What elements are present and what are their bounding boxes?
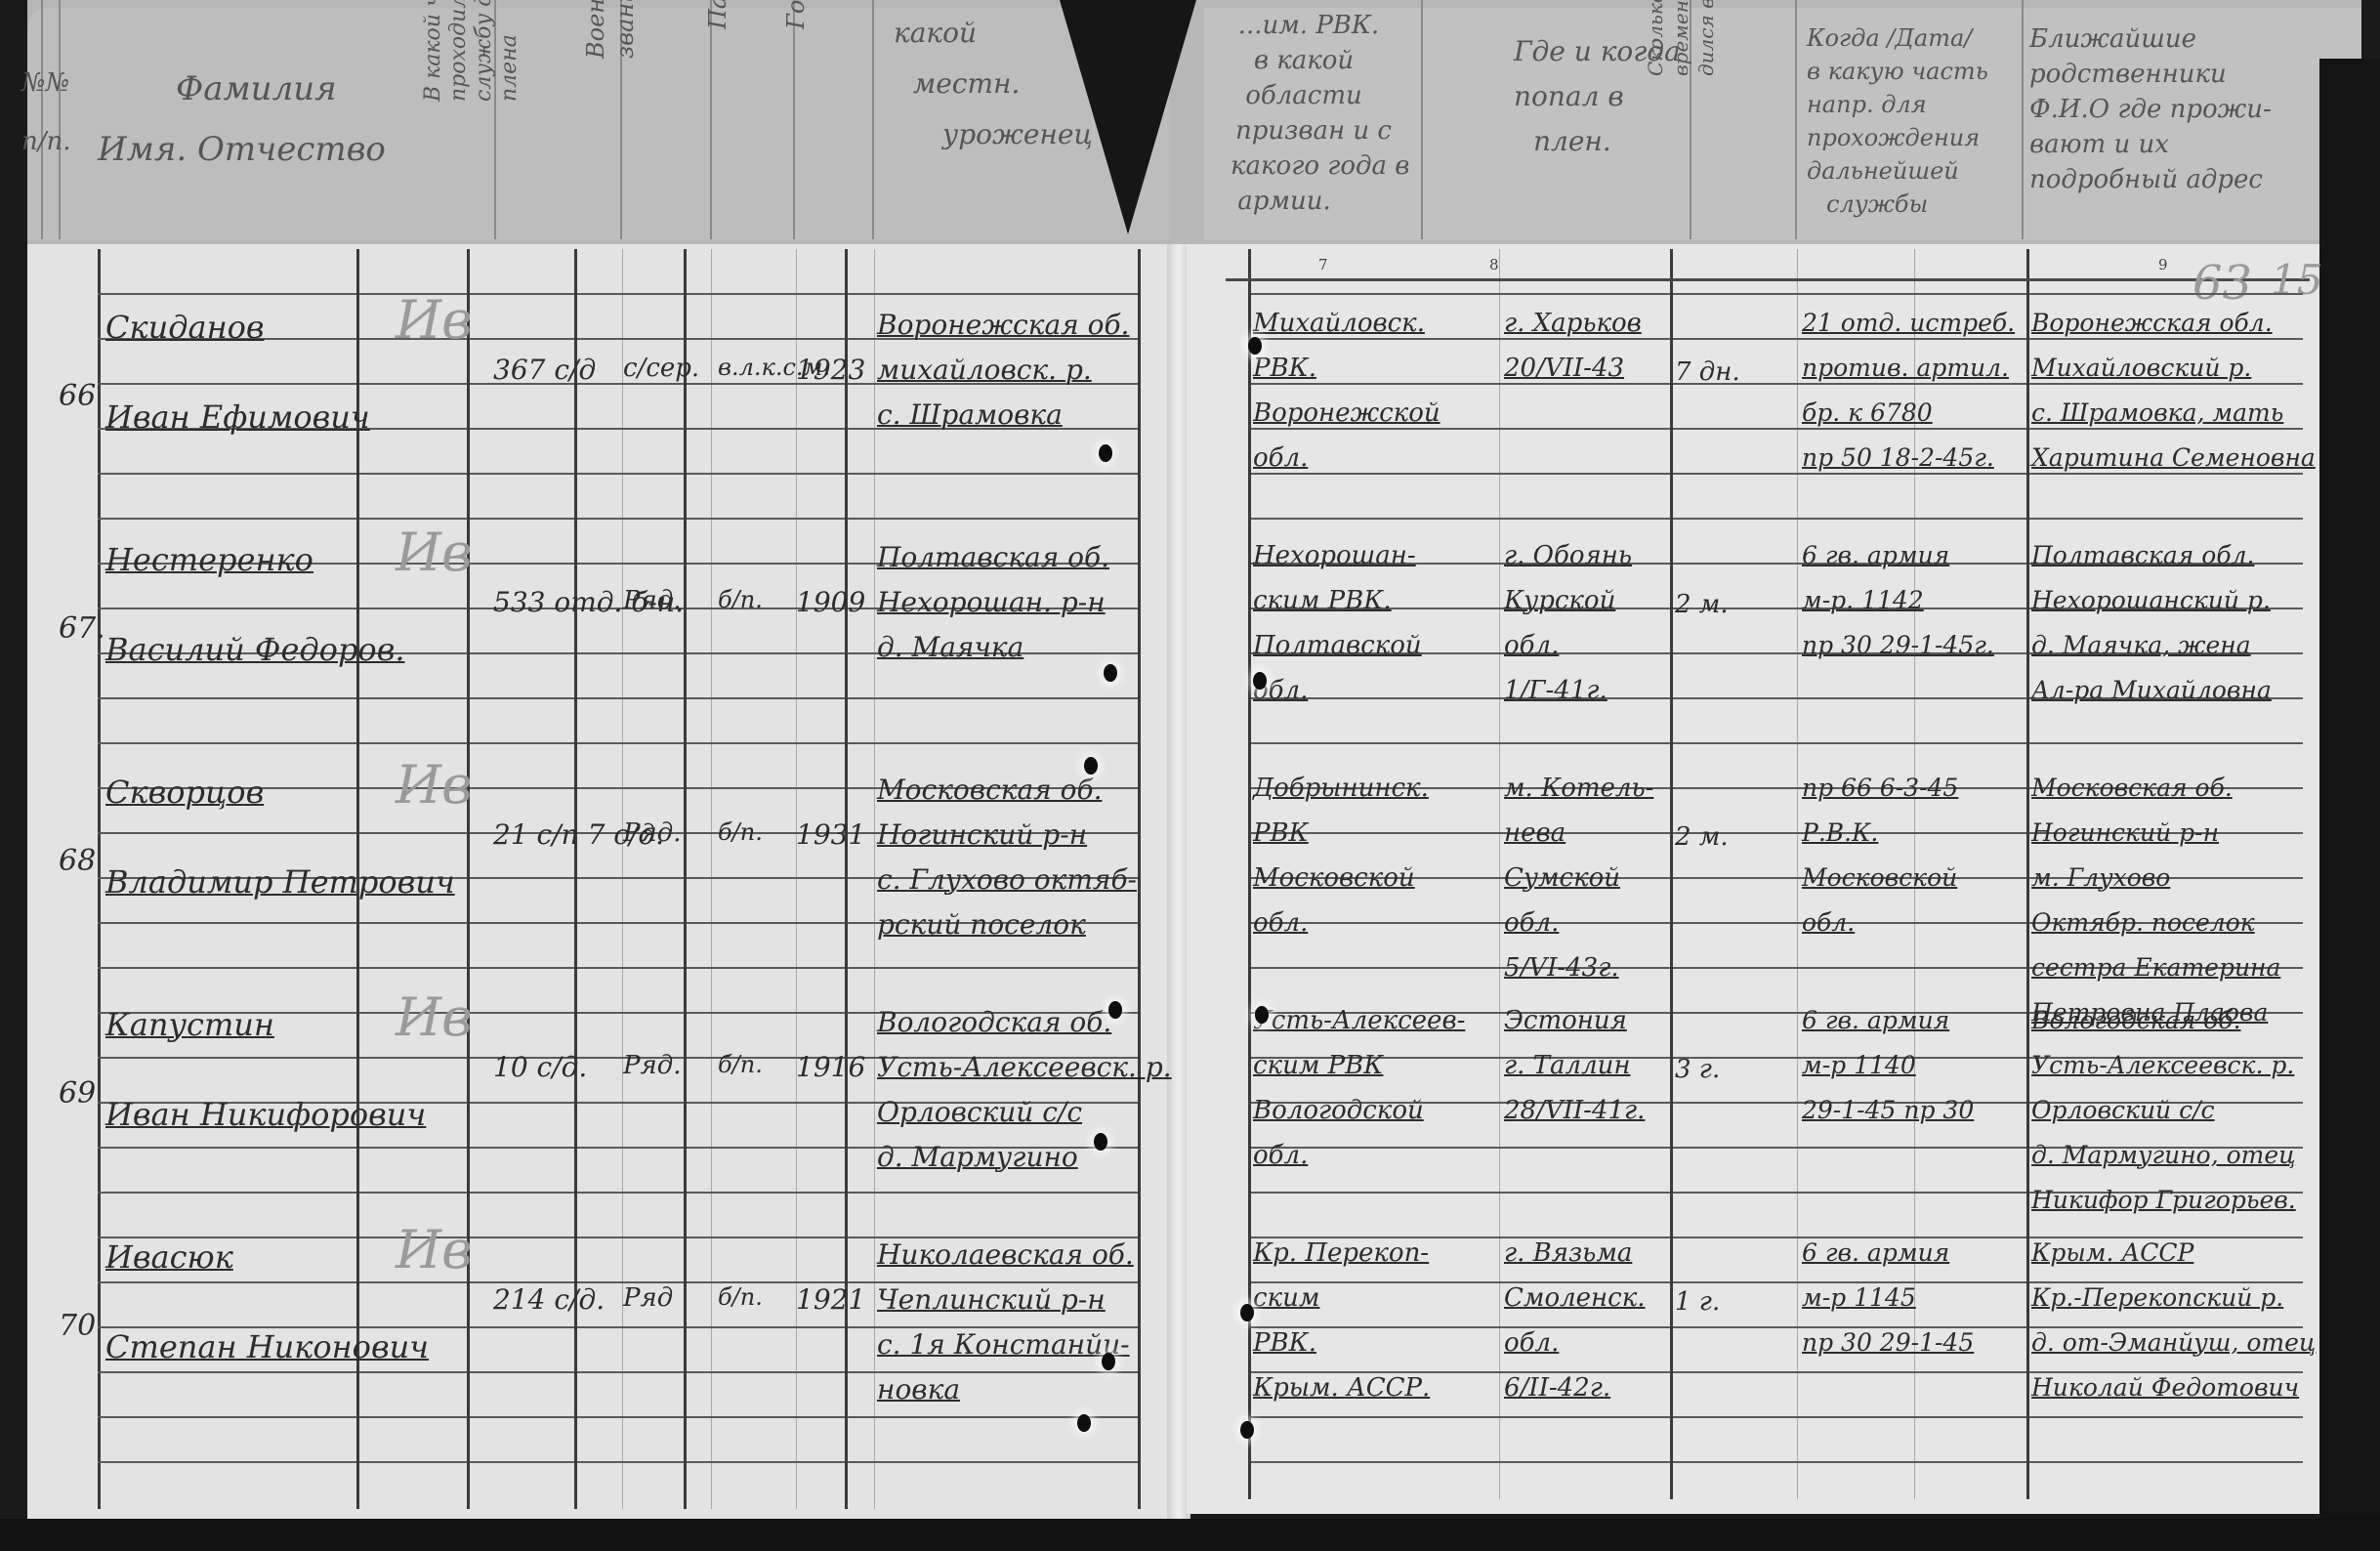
birth-year: 1921 xyxy=(796,1283,865,1316)
birth-year: 1923 xyxy=(796,354,865,386)
captured-where-when-line: Курской xyxy=(1504,586,1615,615)
ruled-line xyxy=(848,1461,1138,1463)
ruled-line xyxy=(577,1461,684,1463)
relatives-line: Харитина Семеновна xyxy=(2031,443,2316,472)
ruled-line xyxy=(359,697,467,699)
drafted-by-line: обл. xyxy=(1253,443,1308,473)
ruled-line xyxy=(1673,742,2026,744)
captured-where-when-line: 28/VII-41г. xyxy=(1504,1096,1645,1125)
ruled-line xyxy=(2029,518,2303,520)
military-rank: Ряд. xyxy=(623,586,681,615)
ruled-line xyxy=(687,787,845,789)
unit: 214 с/д. xyxy=(493,1283,605,1316)
ruled-line xyxy=(1673,697,2026,699)
ruled-line xyxy=(98,1416,356,1418)
ruled-line xyxy=(577,1102,684,1104)
ruled-line xyxy=(98,383,356,385)
ruled-line xyxy=(98,1461,356,1463)
ruled-line xyxy=(98,473,356,475)
punch-hole xyxy=(1108,1001,1122,1019)
ruled-line xyxy=(1673,473,2026,475)
assigned-unit-line: обл. xyxy=(1802,908,1855,937)
ruled-line xyxy=(470,563,574,565)
ruled-line xyxy=(359,1371,467,1373)
ruled-line xyxy=(98,697,356,699)
drafted-by-line: Воронежской xyxy=(1253,398,1441,428)
captured-where-when-line: 1/Г-41г. xyxy=(1504,676,1608,705)
pencil-mark-15: 15 xyxy=(2271,256,2322,304)
ruled-line xyxy=(577,877,684,879)
ruled-line xyxy=(687,697,845,699)
column-number-9: 9 xyxy=(2158,256,2168,273)
row-number: 66 xyxy=(59,379,96,413)
birthplace-line: рский поселок xyxy=(877,908,1086,941)
captivity-duration: 3 г. xyxy=(1675,1055,1720,1084)
ruled-line xyxy=(687,1461,845,1463)
ruled-line xyxy=(687,518,845,520)
relatives-line: м. Глухово xyxy=(2031,863,2170,892)
ruled-line xyxy=(1673,1461,2026,1463)
birthplace-line: Полтавская об. xyxy=(877,541,1109,573)
ruled-line xyxy=(577,922,684,924)
header-divider xyxy=(710,0,712,239)
birthplace-line: Орловский с/с xyxy=(877,1096,1082,1128)
birthplace-line: Воронежская об. xyxy=(877,309,1129,341)
captured-where-when-line: Эстония xyxy=(1504,1006,1627,1035)
ruled-line xyxy=(2029,742,2303,744)
assigned-unit-line: пр 30 29-1-45г. xyxy=(1802,631,1994,659)
punch-hole xyxy=(1248,337,1262,355)
ruled-line xyxy=(470,338,574,340)
header-divider xyxy=(2022,0,2024,239)
ruled-line xyxy=(848,1416,1138,1418)
ruled-line xyxy=(359,1147,467,1149)
ruled-line xyxy=(1251,922,1670,924)
column-number-8: 8 xyxy=(1489,256,1499,273)
ruled-line xyxy=(359,922,467,924)
captivity-duration: 2 м. xyxy=(1675,822,1729,852)
ruled-line xyxy=(359,1057,467,1059)
ruled-line xyxy=(98,832,356,834)
punch-hole xyxy=(1240,1304,1254,1321)
ruled-line xyxy=(577,652,684,654)
captured-where-when-line: г. Обоянь xyxy=(1504,541,1632,570)
ruled-line xyxy=(98,608,356,609)
ruled-line xyxy=(98,1371,356,1373)
birthplace-line: с. Шрамовка xyxy=(877,398,1063,431)
drafted-by-line: ским РВК. xyxy=(1253,586,1392,615)
party-membership: б/п. xyxy=(718,1051,763,1078)
drafted-by-line: Добрынинск. xyxy=(1253,774,1429,803)
ruled-line xyxy=(577,1192,684,1194)
ruled-line xyxy=(2029,293,2303,295)
relatives-line: Воронежская обл. xyxy=(2031,309,2273,337)
relatives-line: сестра Екатерина xyxy=(2031,953,2280,982)
header-divider xyxy=(1421,0,1423,239)
punch-hole xyxy=(1077,1414,1091,1432)
punch-hole xyxy=(1253,672,1267,690)
captured-where-when-line: Смоленск. xyxy=(1504,1283,1646,1313)
pencil-check-mark: Ив xyxy=(396,1219,473,1280)
assigned-unit-line: 6 гв. армия xyxy=(1802,1238,1949,1267)
captured-where-when-line: г. Вязьма xyxy=(1504,1238,1632,1268)
header-divider xyxy=(1795,0,1797,239)
ruled-line xyxy=(359,742,467,744)
assigned-unit-line: Московской xyxy=(1802,863,1957,892)
ruled-line xyxy=(848,742,1138,744)
ruled-line xyxy=(470,1461,574,1463)
header-assigned: Когда /Дата/в какую частьнапр. дляпрохож… xyxy=(1807,21,1988,221)
ruled-line xyxy=(1251,383,1670,385)
column-rule xyxy=(2026,249,2029,1499)
ruled-line xyxy=(98,1281,356,1283)
military-rank: Ряд. xyxy=(623,1051,681,1080)
ruled-line xyxy=(577,742,684,744)
birthplace-line: с. 1я Констанйи- xyxy=(877,1328,1130,1361)
ruled-line xyxy=(1673,1192,2026,1194)
ruled-line xyxy=(98,293,356,295)
pencil-check-mark: Ив xyxy=(396,289,473,351)
ruled-line xyxy=(577,1012,684,1014)
column-rule-faint xyxy=(1797,249,1798,1499)
party-membership: б/п. xyxy=(718,818,763,846)
birth-year: 1916 xyxy=(796,1051,865,1083)
drafted-by-line: обл. xyxy=(1253,1141,1308,1170)
relatives-line: Николай Федотович xyxy=(2031,1373,2299,1402)
drafted-by-line: ским xyxy=(1253,1283,1319,1313)
ruled-line xyxy=(687,293,845,295)
drafted-by-line: Московской xyxy=(1253,863,1415,893)
relatives-line: Михайловский р. xyxy=(2031,354,2251,382)
relatives-line: Усть-Алексеевск. р. xyxy=(2031,1051,2294,1079)
ruled-line xyxy=(1673,428,2026,430)
pencil-mark-63: 63 xyxy=(2192,256,2252,311)
ruled-line xyxy=(470,967,574,969)
drafted-by-line: Михайловск. xyxy=(1253,309,1425,338)
row-number: 67. xyxy=(59,611,105,646)
assigned-unit-line: м-р 1145 xyxy=(1802,1283,1916,1312)
ruled-line xyxy=(1251,293,1670,295)
ruled-line xyxy=(359,518,467,520)
unit: 10 с/д. xyxy=(493,1051,587,1083)
drafted-by-line: РВК. xyxy=(1253,1328,1316,1358)
captured-where-when-line: нева xyxy=(1504,818,1566,848)
relatives-line: д. от-Эманйуш, отец xyxy=(2031,1328,2316,1357)
column-rule-faint xyxy=(1499,249,1500,1499)
ruled-line xyxy=(577,697,684,699)
captured-where-when-line: Сумской xyxy=(1504,863,1620,893)
ruled-line xyxy=(1251,518,1670,520)
column-rule xyxy=(845,249,848,1509)
relatives-line: Ал-ра Михайловна xyxy=(2031,676,2272,704)
captured-where-when-line: обл. xyxy=(1504,1328,1559,1358)
ruled-line xyxy=(470,697,574,699)
column-rule xyxy=(574,249,577,1509)
captured-where-when-line: г. Харьков xyxy=(1504,309,1642,338)
ruled-line xyxy=(1673,1416,2026,1418)
ruled-line xyxy=(470,1102,574,1104)
ruled-line xyxy=(687,1012,845,1014)
birthplace-line: новка xyxy=(877,1373,960,1405)
ruled-line xyxy=(687,563,845,565)
ruled-line xyxy=(1673,1147,2026,1149)
header-unit: В какой частипроходилслужбу доплена xyxy=(421,0,522,102)
ruled-line xyxy=(687,473,845,475)
ruled-line xyxy=(470,473,574,475)
ruled-line xyxy=(1673,967,2026,969)
ruled-line xyxy=(470,742,574,744)
row-number: 68 xyxy=(59,844,96,878)
header-name: ФамилияИмя. Отчество xyxy=(98,59,386,180)
ruled-line xyxy=(577,1237,684,1238)
drafted-by-line: Крым. АССР. xyxy=(1253,1373,1430,1403)
ruled-line xyxy=(687,877,845,879)
ruled-line xyxy=(687,428,845,430)
ruled-line xyxy=(848,697,1138,699)
ruled-line xyxy=(687,967,845,969)
relatives-line: Крым. АССР xyxy=(2031,1238,2193,1267)
relatives-line: Октябр. поселок xyxy=(2031,908,2255,937)
ruled-line xyxy=(687,1192,845,1194)
header-relatives: БлижайшиеродственникиФ.И.О где прожи-ваю… xyxy=(2029,21,2272,197)
birthplace-line: Нехорошан. р-н xyxy=(877,586,1106,618)
ruled-line xyxy=(687,1102,845,1104)
header-drafted: ...им. РВК.в какойобластипризван и скако… xyxy=(1074,8,1406,219)
birthplace-line: михайловск. р. xyxy=(877,354,1092,386)
ruled-line xyxy=(470,877,574,879)
captured-where-when-line: 6/II-42г. xyxy=(1504,1373,1610,1403)
ruled-line xyxy=(1251,832,1670,834)
ruled-line xyxy=(1251,473,1670,475)
relatives-line: Полтавская обл. xyxy=(2031,541,2254,569)
ruled-line xyxy=(359,383,467,385)
ruled-line xyxy=(577,1326,684,1328)
given-name-patronymic: Степан Никонович xyxy=(105,1328,429,1365)
surname: Капустин xyxy=(105,1006,274,1043)
drafted-by-line: обл. xyxy=(1253,908,1308,938)
ruled-line xyxy=(470,428,574,430)
surname: Нестеренко xyxy=(105,541,313,578)
ruled-line xyxy=(848,473,1138,475)
column-rule xyxy=(1138,249,1141,1509)
captivity-duration: 7 дн. xyxy=(1675,357,1740,387)
drafted-by-line: Вологодской xyxy=(1253,1096,1424,1125)
captured-where-when-line: обл. xyxy=(1504,631,1559,660)
ruled-line xyxy=(1673,1371,2026,1373)
birthplace-line: д. Мармугино xyxy=(877,1141,1078,1173)
punch-hole xyxy=(1104,664,1117,682)
ruled-line xyxy=(98,1192,356,1194)
ruled-line xyxy=(1673,293,2026,295)
row-number: 69 xyxy=(59,1076,96,1111)
ruled-line xyxy=(1251,742,1670,744)
ruled-line xyxy=(687,1147,845,1149)
ruled-line xyxy=(359,1461,467,1463)
column-rule-faint xyxy=(796,249,797,1509)
ruled-line xyxy=(577,563,684,565)
assigned-unit-line: 6 гв. армия xyxy=(1802,1006,1949,1034)
party-membership: б/п. xyxy=(718,1283,763,1311)
assigned-unit-line: против. артил. xyxy=(1802,354,2009,382)
captivity-duration: 1 г. xyxy=(1675,1287,1720,1317)
column-number-7: 7 xyxy=(1318,256,1328,273)
ruled-line xyxy=(2029,473,2303,475)
drafted-by-line: Полтавской xyxy=(1253,631,1422,660)
given-name-patronymic: Владимир Петрович xyxy=(105,863,455,901)
relatives-line: д. Маячка, жена xyxy=(2031,631,2251,659)
scan-border-bottom xyxy=(0,1519,2380,1551)
ruled-line xyxy=(470,1371,574,1373)
birth-year: 1931 xyxy=(796,818,865,851)
given-name-patronymic: Иван Никифорович xyxy=(105,1096,426,1133)
given-name-patronymic: Иван Ефимович xyxy=(105,398,370,436)
relatives-line: Никифор Григорьев. xyxy=(2031,1186,2296,1214)
header-party: Партийн. xyxy=(703,0,732,29)
pencil-check-mark: Ив xyxy=(396,754,473,816)
drafted-by-line: Нехорошан- xyxy=(1253,541,1416,570)
ruled-line xyxy=(687,1326,845,1328)
ruled-line xyxy=(98,1147,356,1149)
ruled-line xyxy=(687,1237,845,1238)
ruled-line xyxy=(848,1192,1138,1194)
ruled-line xyxy=(470,1147,574,1149)
ruled-line xyxy=(848,293,1138,295)
ruled-line xyxy=(98,518,356,520)
ruled-line xyxy=(470,787,574,789)
ruled-line xyxy=(687,742,845,744)
ruled-line xyxy=(577,787,684,789)
ruled-line xyxy=(359,1192,467,1194)
assigned-unit-line: 6 гв. армия xyxy=(1802,541,1949,569)
pencil-check-mark: Ив xyxy=(396,986,473,1048)
surname: Ивасюк xyxy=(105,1238,233,1276)
ruled-line xyxy=(1673,338,2026,340)
assigned-unit-line: пр 30 29-1-45 xyxy=(1802,1328,1974,1357)
ruled-line xyxy=(470,1237,574,1238)
ruled-line xyxy=(470,1012,574,1014)
relatives-line: д. Мармугино, отец xyxy=(2031,1141,2296,1169)
ruled-line xyxy=(359,967,467,969)
header-rank: Военноезвание. xyxy=(581,0,640,59)
ruled-line xyxy=(848,518,1138,520)
captured-where-when-line: 20/VII-43 xyxy=(1504,354,1624,383)
ruled-line xyxy=(359,832,467,834)
row-number: 70 xyxy=(59,1309,96,1343)
column-number-rule xyxy=(1226,278,2310,281)
birthplace-line: Ногинский р-н xyxy=(877,818,1087,851)
ruled-line xyxy=(577,293,684,295)
drafted-by-line: Кр. Перекоп- xyxy=(1253,1238,1429,1268)
punch-hole xyxy=(1255,1006,1269,1024)
assigned-unit-line: 29-1-45 пр 30 xyxy=(1802,1096,1974,1124)
ruled-line xyxy=(1251,1416,1670,1418)
ruled-line xyxy=(470,293,574,295)
military-rank: с/сер. xyxy=(623,354,699,383)
ruled-line xyxy=(687,652,845,654)
punch-hole xyxy=(1099,444,1112,462)
drafted-by-line: РВК xyxy=(1253,818,1309,848)
assigned-unit-line: пр 66 6-3-45 xyxy=(1802,774,1958,802)
assigned-unit-line: м-р. 1142 xyxy=(1802,586,1924,614)
punch-hole xyxy=(1240,1421,1254,1439)
ruled-line xyxy=(687,338,845,340)
header-birthplace: какойместн.уроженец xyxy=(894,8,1093,160)
birthplace-line: Чеплинский р-н xyxy=(877,1283,1106,1316)
header-captivity-time: Скольковремени нахо-дился в плену xyxy=(1643,0,1719,76)
relatives-line: Орловский с/с xyxy=(2031,1096,2215,1124)
ruled-line xyxy=(98,922,356,924)
ruled-line xyxy=(470,652,574,654)
birthplace-line: Усть-Алексеевск. р. xyxy=(877,1051,1172,1083)
captured-where-when-line: м. Котель- xyxy=(1504,774,1653,803)
ruled-line xyxy=(687,1371,845,1373)
ruled-line xyxy=(687,922,845,924)
ruled-line xyxy=(577,1147,684,1149)
ruled-line xyxy=(1251,428,1670,430)
relatives-line: Московская об. xyxy=(2031,774,2233,802)
header-no: №№п/п. xyxy=(21,54,71,171)
relatives-line: Ногинский р-н xyxy=(2031,818,2219,847)
assigned-unit-line: 21 отд. истреб. xyxy=(1802,309,2015,337)
captivity-duration: 2 м. xyxy=(1675,590,1729,619)
ruled-line xyxy=(359,1281,467,1283)
pencil-check-mark: Ив xyxy=(396,522,473,583)
ruled-line xyxy=(687,1416,845,1418)
scan-border-right xyxy=(2319,59,2380,1551)
header-divider xyxy=(872,0,874,239)
column-rule-faint xyxy=(874,249,875,1509)
ruled-line xyxy=(1251,1461,1670,1463)
column-rule-faint xyxy=(622,249,623,1509)
surname: Скиданов xyxy=(105,309,265,346)
birthplace-line: с. Глухово октяб- xyxy=(877,863,1137,896)
ruled-line xyxy=(2029,428,2303,430)
column-rule-faint xyxy=(711,249,712,1509)
ruled-line xyxy=(98,967,356,969)
drafted-by-line: ским РВК xyxy=(1253,1051,1383,1080)
captured-where-when-line: г. Таллин xyxy=(1504,1051,1631,1080)
relatives-line: Вологодская об. xyxy=(2031,1006,2241,1034)
captured-where-when-line: обл. xyxy=(1504,908,1559,938)
ruled-line xyxy=(470,1192,574,1194)
drafted-by-line: РВК. xyxy=(1253,354,1316,383)
column-rule xyxy=(684,249,687,1509)
assigned-unit-line: Р.В.К. xyxy=(1802,818,1878,847)
ruled-line xyxy=(359,1416,467,1418)
birth-year: 1909 xyxy=(796,586,865,618)
ruled-line xyxy=(470,922,574,924)
ruled-line xyxy=(577,428,684,430)
ruled-line xyxy=(1251,338,1670,340)
ruled-line xyxy=(98,1057,356,1059)
unit: 367 с/д xyxy=(493,354,596,386)
ruled-line xyxy=(470,1326,574,1328)
captured-where-when-line: 5/VI-43г. xyxy=(1504,953,1619,983)
header-birth-year: Год рождения xyxy=(781,0,811,29)
military-rank: Ряд xyxy=(623,1283,673,1313)
assigned-unit-line: бр. к 6780 xyxy=(1802,398,1933,427)
ruled-line xyxy=(2029,338,2303,340)
ruled-line xyxy=(359,428,467,430)
ruled-line xyxy=(577,1371,684,1373)
punch-hole xyxy=(1084,757,1098,775)
ruled-line xyxy=(577,967,684,969)
ruled-line xyxy=(577,338,684,340)
column-rule xyxy=(98,249,101,1509)
surname: Скворцов xyxy=(105,774,264,811)
ruled-line xyxy=(1251,1192,1670,1194)
ruled-line xyxy=(98,742,356,744)
